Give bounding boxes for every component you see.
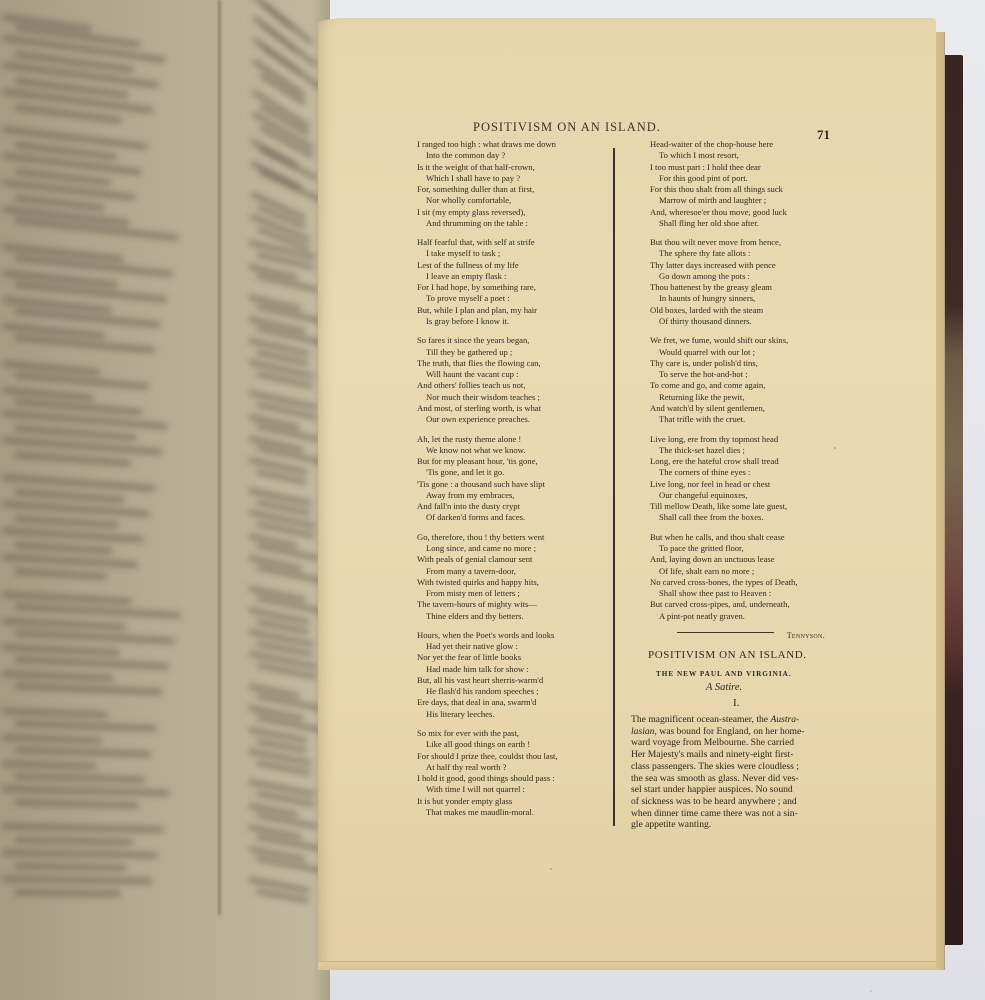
poem-line: We fret, we fume, would shift our skins,	[650, 335, 845, 346]
poem-line: Go, therefore, thou ! thy betters went	[417, 532, 607, 543]
poem-line: With peals of genial clamour sent	[417, 554, 607, 565]
poem-line: For I had hope, by something rare,	[417, 282, 607, 293]
poem-line: That trifle with the cruet.	[650, 414, 845, 425]
poem-line: Of life, shalt earn no more ;	[650, 566, 845, 577]
poem-stanza: Ah, let the rusty theme alone !We know n…	[417, 434, 607, 524]
essay-title: POSITIVISM ON AN ISLAND.	[648, 649, 807, 661]
blurred-line	[14, 335, 155, 354]
poem-line: The tavern-hours of mighty wits—	[417, 599, 607, 610]
poem-line: To serve the hot-and-hot ;	[650, 369, 845, 380]
poem-line: Nor wholly comfortable,	[417, 195, 607, 206]
poem-line: And fall'n into the dusty crypt	[417, 501, 607, 512]
poem-line: The truth, that flies the flowing can,	[417, 358, 607, 369]
poem-line: Thy care is, under polish'd tins,	[650, 358, 845, 369]
poem-line: I too must part : I hold thee dear	[650, 162, 845, 173]
blurred-line	[2, 823, 164, 833]
poem-line: I take myself to task ;	[417, 248, 607, 259]
blurred-line	[252, 59, 306, 97]
poem-line: Would quarrel with our lot ;	[650, 347, 845, 358]
poem-line: From misty men of letters ;	[417, 588, 607, 599]
blurred-line	[2, 501, 150, 517]
poem-line: Is it the weight of that half-crown,	[417, 162, 607, 173]
blurred-line	[2, 527, 144, 542]
poem-line: And watch'd by silent gentlemen,	[650, 403, 845, 414]
paragraph-line: The magnificent ocean-steamer, the Austr…	[631, 714, 837, 726]
column-divider-rule	[613, 148, 615, 826]
poem-line: Returning like the pewit,	[650, 392, 845, 403]
blurred-line	[262, 23, 318, 67]
poem-line: Old boxes, larded with the steam	[650, 305, 845, 316]
poem-line: Till they be gathered up ;	[417, 347, 607, 358]
poem-line: Long, ere the hateful crow shall tread	[650, 456, 845, 467]
section-separator-rule	[677, 632, 774, 633]
blurred-line	[2, 644, 120, 656]
poem-line: So fares it since the years began,	[417, 335, 607, 346]
poem-line: For this good pint of port.	[650, 173, 845, 184]
poem-line: Of thirty thousand dinners.	[650, 316, 845, 327]
deckle-bottom-edge	[318, 961, 936, 970]
poem-left-column: I ranged too high : what draws me downIn…	[417, 139, 607, 826]
poem-stanza: But when he calls, and thou shalt ceaseT…	[650, 532, 845, 622]
blurred-line	[14, 630, 175, 644]
poem-line: But thou wilt never move from hence,	[650, 237, 845, 248]
poem-line: Which I shall have to pay ?	[417, 173, 607, 184]
poem-line: He flash'd his random speeches ;	[417, 686, 607, 697]
poem-line: Nor much their wisdom teaches ;	[417, 392, 607, 403]
blurred-line	[14, 542, 113, 554]
paper-speck	[550, 868, 552, 870]
poem-stanza: Hours, when the Poet's words and looksHa…	[417, 630, 607, 720]
essay-subtitle: THE NEW PAUL AND VIRGINIA.	[656, 670, 792, 678]
poem-line: At half thy real worth ?	[417, 762, 607, 773]
poem-line: Till mellow Death, like some late guest,	[650, 501, 845, 512]
poem-line: Shall call thee from the boxes.	[650, 512, 845, 523]
essay-paragraph: The magnificent ocean-steamer, the Austr…	[631, 714, 837, 831]
poem-line: Live long, ere from thy topmost head	[650, 434, 845, 445]
blurred-line	[14, 889, 121, 896]
poem-line: Ere days, that deal in ana, swarm'd	[417, 697, 607, 708]
poem-line: To come and go, and come again,	[650, 380, 845, 391]
paragraph-line: when dinner time came there was not a si…	[631, 808, 837, 820]
blurred-line	[14, 489, 125, 503]
blurred-line	[2, 734, 102, 743]
poem-line: But when he calls, and thou shalt cease	[650, 532, 845, 543]
poem-stanza: Go, therefore, thou ! thy betters wentLo…	[417, 532, 607, 622]
poem-line: Hours, when the Poet's words and looks	[417, 630, 607, 641]
poem-line: Ah, let the rusty theme alone !	[417, 434, 607, 445]
blurred-line	[2, 618, 126, 630]
poem-line: But, while I plan and plan, my hair	[417, 305, 607, 316]
poem-line: From many a tavern-door,	[417, 566, 607, 577]
blurred-line	[2, 708, 108, 718]
poem-stanza: We fret, we fume, would shift our skins,…	[650, 335, 845, 425]
poem-line: But for my pleasant hour, 'tis gone,	[417, 456, 607, 467]
poem-line: A pint-pot neatly graven.	[650, 611, 845, 622]
poem-line: For should I prize thee, couldst thou la…	[417, 751, 607, 762]
poem-line: Long since, and came no more ;	[417, 543, 607, 554]
essay-genre: A Satire.	[706, 682, 742, 693]
blurred-line	[2, 876, 152, 884]
poem-line: Half fearful that, with self at strife	[417, 237, 607, 248]
poem-line: To pace the gritted floor,	[650, 543, 845, 554]
poem-line: For, something duller than at first,	[417, 184, 607, 195]
blurred-line	[2, 554, 138, 568]
blurred-line	[14, 773, 145, 783]
paragraph-line: of sickness was to be heard anywhere ; a…	[631, 796, 837, 808]
blurred-line	[256, 889, 309, 902]
blurred-line	[14, 516, 119, 529]
poem-line: I leave an empty flask :	[417, 271, 607, 282]
poem-line: Lest of the fullness of my life	[417, 260, 607, 271]
poem-line: In haunts of hungry sinners,	[650, 293, 845, 304]
poem-line: With twisted quirks and happy hits,	[417, 577, 607, 588]
poem-line: I hold it good, good things should pass …	[417, 773, 607, 784]
poem-line: The sphere thy fate allots :	[650, 248, 845, 259]
poem-line: 'Tis gone, and let it go.	[417, 467, 607, 478]
poem-line: His literary leeches.	[417, 709, 607, 720]
blurred-line	[14, 452, 131, 467]
blurred-line	[2, 591, 132, 604]
left-page-column-rule	[218, 0, 221, 915]
poem-line: Our own experience preaches.	[417, 414, 607, 425]
poem-line: Head-waiter of the chop-house here	[650, 139, 845, 150]
paragraph-line: the sea was smooth as glass. Never did v…	[631, 773, 837, 785]
paper-speck	[870, 990, 872, 992]
poem-stanza: I ranged too high : what draws me downIn…	[417, 139, 607, 229]
paragraph-line: gle appetite wanting.	[631, 819, 837, 831]
blurred-line	[2, 850, 158, 859]
poem-line: And thrumming on the table :	[417, 218, 607, 229]
poem-line: Had made him talk for show :	[417, 664, 607, 675]
blurred-line	[14, 747, 151, 757]
poem-line: Thou battenest by the greasy gleam	[650, 282, 845, 293]
poem-line: Will haunt the vacant cup :	[417, 369, 607, 380]
blurred-line	[14, 799, 139, 808]
poem-line: For this thou shalt from all things suck	[650, 184, 845, 195]
poem-line: And, wheresoe'er thou move, good luck	[650, 207, 845, 218]
poem-line: No carved cross-bones, the types of Deat…	[650, 577, 845, 588]
poem-line: That makes me maudlin-moral.	[417, 807, 607, 818]
blurred-line	[14, 720, 157, 731]
poem-line: Shall fling her old shoe after.	[650, 218, 845, 229]
poem-line: Thine elders and thy betters.	[417, 611, 607, 622]
poem-line: Go down among the pots :	[650, 271, 845, 282]
running-head: POSITIVISM ON AN ISLAND.	[473, 120, 661, 135]
poem-stanza: Live long, ere from thy topmost headThe …	[650, 434, 845, 524]
blurred-line	[2, 761, 96, 770]
poem-line: Into the common day ?	[417, 150, 607, 161]
poem-stanza: But thou wilt never move from hence,The …	[650, 237, 845, 327]
poem-stanza: So mix for ever with the past,Like all g…	[417, 728, 607, 818]
blurred-line	[262, 2, 313, 45]
poem-line: It is but yonder empty glass	[417, 796, 607, 807]
poem-line: Thy latter days increased with pence	[650, 260, 845, 271]
poem-right-column: Head-waiter of the chop-house hereTo whi…	[650, 139, 845, 641]
section-numeral: I.	[733, 697, 739, 709]
poem-line: We know not what we know.	[417, 445, 607, 456]
blurred-line	[14, 863, 127, 871]
paragraph-line: ward voyage from Melbourne. She carried	[631, 737, 837, 749]
left-page-blurred	[0, 0, 330, 1000]
blurred-line	[14, 372, 149, 390]
poem-line: To prove myself a poet :	[417, 293, 607, 304]
blurred-line	[14, 837, 133, 845]
poem-line: And, laying down an unctuous lease	[650, 554, 845, 565]
poem-line: With time I will not quarrel :	[417, 784, 607, 795]
poem-line: The corners of thine eyes :	[650, 467, 845, 478]
blurred-line	[2, 671, 114, 682]
poem-line: Live long, nor feel in head or chest	[650, 479, 845, 490]
blurred-text-lines	[0, 0, 330, 1000]
blurred-line	[2, 786, 170, 796]
poem-line: I sit (my empty glass reversed),	[417, 207, 607, 218]
poem-line: So mix for ever with the past,	[417, 728, 607, 739]
poem-line: Like all good things on earth !	[417, 739, 607, 750]
blurred-line	[14, 656, 169, 669]
poem-stanza: So fares it since the years began,Till t…	[417, 335, 607, 425]
poem-line: And most, of sterling worth, is what	[417, 403, 607, 414]
poem-line: Nor yet the fear of little books	[417, 652, 607, 663]
blurred-line	[14, 604, 181, 619]
poem-line: I ranged too high : what draws me down	[417, 139, 607, 150]
poem-line: Away from my embraces,	[417, 490, 607, 501]
poem-stanza: Half fearful that, with self at strifeI …	[417, 237, 607, 327]
poem-line: Of darken'd forms and faces.	[417, 512, 607, 523]
paragraph-line: Her Majesty's mails and ninety-eight fir…	[631, 749, 837, 761]
poem-line: To which I most resort,	[650, 150, 845, 161]
poem-line: And others' follies teach us not,	[417, 380, 607, 391]
poem-line: Marrow of mirth and laughter ;	[650, 195, 845, 206]
poem-line: Is gray before I know it.	[417, 316, 607, 327]
paragraph-line: class passengers. The skies were cloudle…	[631, 761, 837, 773]
blurred-line	[14, 568, 107, 579]
poem-line: But carved cross-pipes, and, underneath,	[650, 599, 845, 610]
blurred-line	[14, 683, 163, 695]
poem-line: Had yet their native glow :	[417, 641, 607, 652]
poem-line: 'Tis gone : a thousand such have slipt	[417, 479, 607, 490]
paragraph-line: lasian, was bound for England, on her ho…	[631, 726, 837, 738]
poem-line: The thick-set hazel dies ;	[650, 445, 845, 456]
blurred-line	[256, 813, 319, 829]
poem-stanza: Head-waiter of the chop-house hereTo whi…	[650, 139, 845, 229]
paragraph-line: sel start under happier auspices. No sou…	[631, 784, 837, 796]
poem-line: Shall show thee past to Heaven :	[650, 588, 845, 599]
poem-line: But, all his vast heart sherris-warm'd	[417, 675, 607, 686]
paper-speck	[834, 447, 836, 449]
poem-line: Our changeful equinoxes,	[650, 490, 845, 501]
